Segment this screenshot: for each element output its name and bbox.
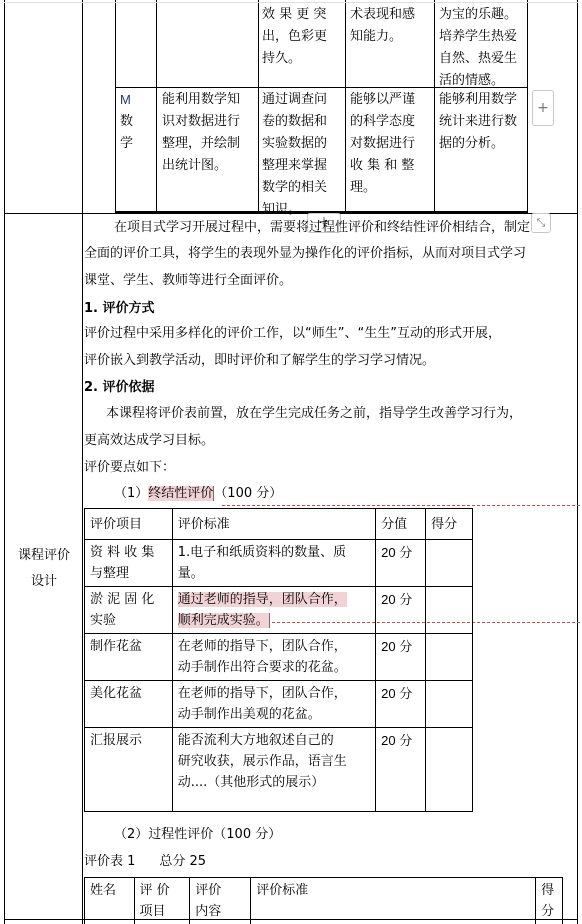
- score-input[interactable]: [426, 634, 473, 681]
- outer-right-border: [577, 0, 578, 215]
- intro-line-3: 课堂、学生、教师等进行全面评价。: [84, 268, 576, 294]
- score-input[interactable]: [426, 728, 473, 812]
- row1-col5: 为宝的乐趣。 培养学生热爱 自然、热爱生 活的情感。: [439, 4, 525, 92]
- row2-col2: 能利用数学知 识对数据进行 整理，并绘制 出统计图。: [162, 89, 257, 177]
- heading-eval-method: 1. 评价方式: [84, 296, 576, 322]
- row2-col5: 能够利用数学 统计来进行数 据的分析。: [439, 89, 525, 155]
- row2-col4: 能够以严谨 的科学态度 对数据进行 收 集 和 整 理。: [350, 89, 432, 199]
- process-eval-heading: （2）过程性评价（100 分）: [84, 822, 582, 848]
- intro-line-2: 全面的评价工具，将学生的表现外显为操作化的评价指标，从而对项目式学习: [84, 241, 576, 267]
- row1-col4: 术表现和感 知能力。: [350, 4, 432, 48]
- summative-eval-table: 评价项目 评价标准 分值 得分 资 料 收 集与整理 1.电子和纸质资料的数量、…: [84, 508, 473, 812]
- basis-line-1: 本课程将评价表前置，放在学生完成任务之前，指导学生改善学习行为，: [84, 401, 576, 427]
- add-column-button[interactable]: +: [532, 90, 554, 126]
- table-row: 制作花盆 在老师的指导下，团队合作，动手制作出符合要求的花盆。 20 分: [85, 634, 473, 681]
- revision-highlight[interactable]: 终结性评价: [148, 486, 214, 501]
- table-row: 淤 泥 固 化实验 通过老师的指导，团队合作，顺利完成实验。 20 分: [85, 587, 473, 634]
- table-header-row: 姓名 评 价 项目 评价 内容 评价标准 得 分: [85, 878, 563, 924]
- table-row: 资 料 收 集与整理 1.电子和纸质资料的数量、质量。 20 分: [85, 540, 473, 587]
- inner-col-5: [434, 0, 435, 213]
- summative-heading: （1）终结性评价（100 分）: [84, 481, 582, 507]
- row2-subject: M 数 学: [120, 89, 154, 155]
- process-eval-table: 姓名 评 价 项目 评价 内容 评价标准 得 分: [84, 877, 563, 924]
- method-line-1: 评价过程中采用多样化的评价工作，以“师生”、“生生”互动的形式开展，: [84, 321, 576, 347]
- top-border: [4, 2, 578, 3]
- row2-col3: 通过调查问 卷的数据和 实验数据的 整理来掌握 数学的相关 知识。: [262, 89, 344, 221]
- subject-letter: M: [120, 89, 154, 111]
- table-header-row: 评价项目 评价标准 分值 得分: [85, 509, 473, 540]
- inner-col-6: [527, 0, 528, 213]
- row1-col3: 效 果 更 突 出，色彩更 持久。: [262, 4, 344, 70]
- score-input[interactable]: [426, 681, 473, 728]
- table-row: 汇报展示 能否流利大方地叙述自己的研究收获，展示作品，语言生动....（其他形式…: [85, 728, 473, 812]
- outer-left-border: [4, 0, 5, 924]
- label-col-border: [82, 0, 83, 924]
- score-input[interactable]: [426, 540, 473, 587]
- heading-eval-basis: 2. 评价依据: [84, 375, 576, 401]
- revision-highlight[interactable]: 顺利完成实验。: [178, 613, 270, 628]
- table-row: 美化花盆 在老师的指导下，团队合作，动手制作出美观的花盆。 20 分: [85, 681, 473, 728]
- revision-marker-line-1: [222, 505, 580, 506]
- inner-col-3: [258, 0, 259, 213]
- revision-highlight[interactable]: 通过老师的指导，团队合作，: [178, 592, 347, 607]
- inner-col-2: [156, 0, 157, 213]
- basis-line-2: 更高效达成学习目标。: [84, 428, 576, 454]
- inner-col-1: [115, 0, 116, 213]
- eval-table-caption: 评价表 1总分 25: [84, 849, 576, 875]
- section-label: 课程评价 设计: [8, 543, 80, 595]
- points-intro: 评价要点如下：: [84, 455, 576, 481]
- outer-right-border-2: [577, 213, 578, 924]
- method-line-2: 评价嵌入到教学活动，即时评价和了解学生的学习学习情况。: [84, 348, 576, 374]
- score-input[interactable]: [426, 587, 473, 634]
- intro-line-1: 在项目式学习开展过程中，需要将过程性评价和终结性评价相结合，制定: [84, 215, 576, 241]
- inner-col-4: [345, 0, 346, 213]
